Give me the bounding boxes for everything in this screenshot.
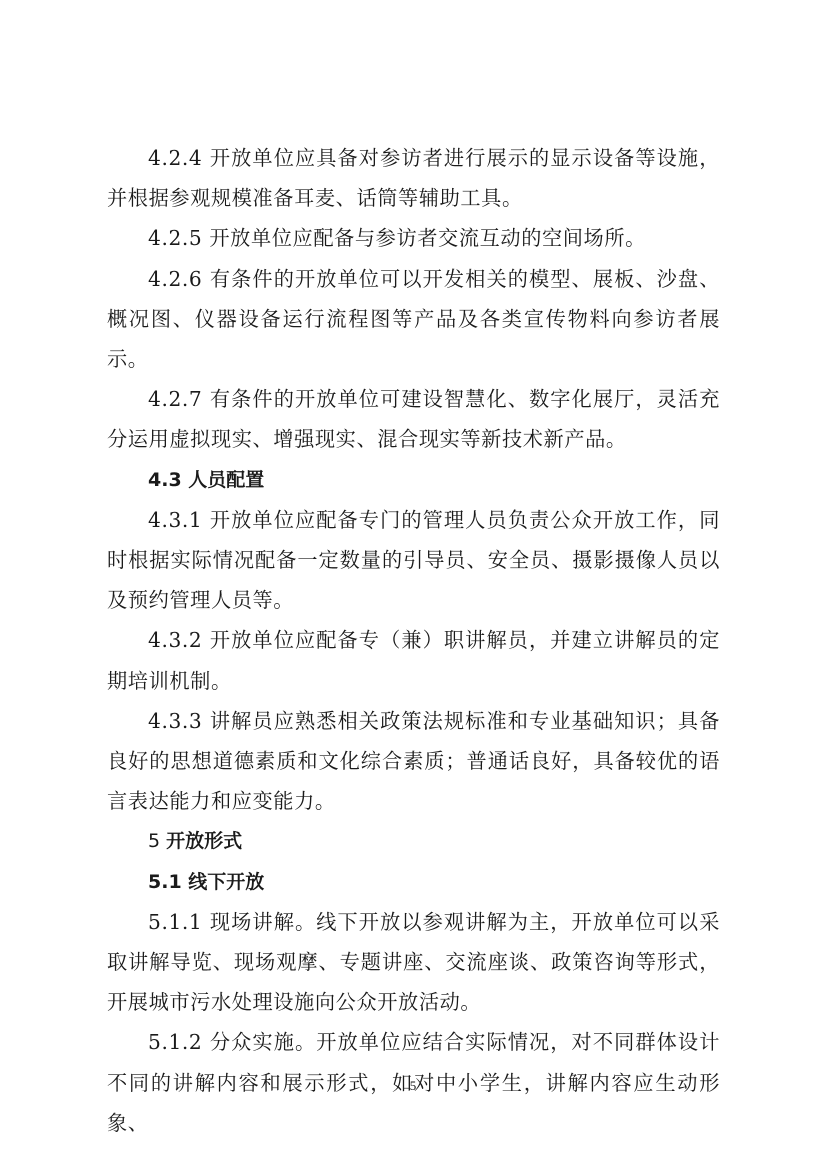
section-number: 5.1: [148, 871, 182, 893]
document-body: 4.2.4 开放单位应具备对参访者进行展示的显示设备等设施，并根据参观规模准备耳…: [107, 138, 720, 1143]
paragraph-5-1-1: 5.1.1 现场讲解。线下开放以参观讲解为主，开放单位可以采取讲解导览、现场观摩…: [107, 902, 720, 1023]
section-title: 线下开放: [188, 871, 264, 893]
paragraph-4-2-4: 4.2.4 开放单位应具备对参访者进行展示的显示设备等设施，并根据参观规模准备耳…: [107, 138, 720, 218]
paragraph-4-2-6: 4.2.6 有条件的开放单位可以开发相关的模型、展板、沙盘、概况图、仪器设备运行…: [107, 259, 720, 380]
paragraph-4-3-3: 4.3.3 讲解员应熟悉相关政策法规标准和专业基础知识；具备良好的思想道德素质和…: [107, 701, 720, 822]
section-heading-5-1: 5.1 线下开放: [107, 862, 720, 902]
section-heading-4-3: 4.3 人员配置: [107, 460, 720, 500]
document-page: 4.2.4 开放单位应具备对参访者进行展示的显示设备等设施，并根据参观规模准备耳…: [0, 0, 826, 1169]
paragraph-4-3-1: 4.3.1 开放单位应配备专门的管理人员负责公众开放工作，同时根据实际情况配备一…: [107, 500, 720, 621]
chapter-heading-5: 5 开放形式: [107, 821, 720, 861]
section-title: 人员配置: [188, 469, 264, 491]
paragraph-4-2-7: 4.2.7 有条件的开放单位可建设智慧化、数字化展厅，灵活充分运用虚拟现实、增强…: [107, 379, 720, 459]
paragraph-4-3-2: 4.3.2 开放单位应配备专（兼）职讲解员，并建立讲解员的定期培训机制。: [107, 620, 720, 700]
page-number: 5: [0, 1078, 826, 1094]
chapter-title: 开放形式: [166, 830, 242, 852]
paragraph-4-2-5: 4.2.5 开放单位应配备与参访者交流互动的空间场所。: [107, 218, 720, 258]
chapter-number: 5: [148, 830, 160, 852]
section-number: 4.3: [148, 469, 182, 491]
